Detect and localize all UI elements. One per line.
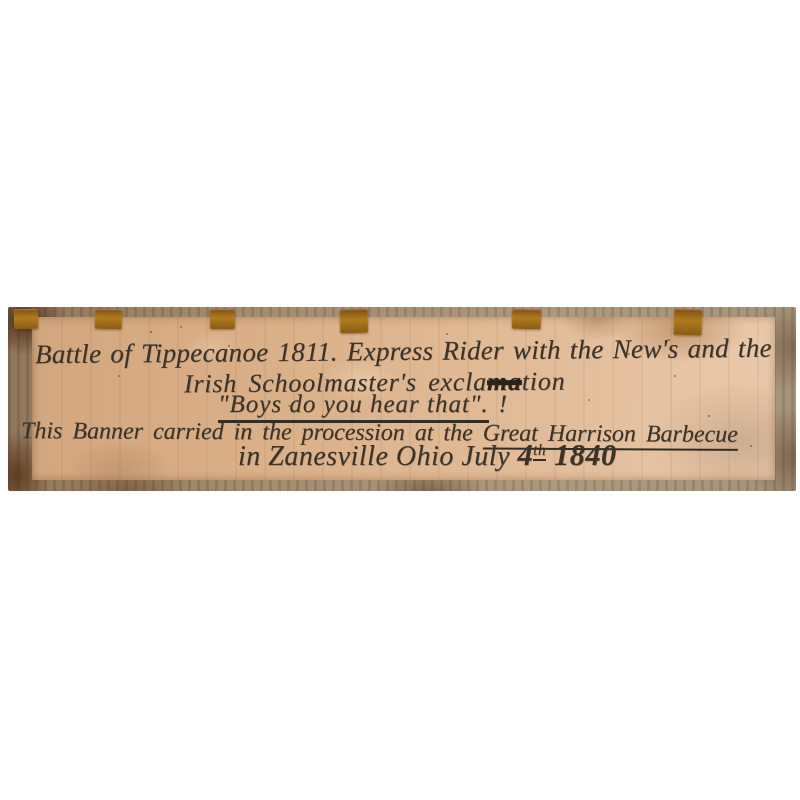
banner-frame: Battle of Tippecanoe 1811. Express Rider… [8,307,796,491]
handwriting-line-1: Battle of Tippecanoe 1811. Express Rider… [35,333,772,370]
tape-fragment [95,309,123,330]
banner-photograph: Battle of Tippecanoe 1811. Express Rider… [0,0,800,800]
line5-day-number: 4 [518,438,534,472]
tape-fragment [340,309,368,333]
line5-ordinal-suffix: th [533,442,546,461]
line3-underlined-quote: "Boys do you hear that". [218,391,489,423]
handwriting-line-5: in Zanesville Ohio July 4th 1840 [238,438,617,473]
tape-fragment [14,309,39,330]
line3-exclamation: ! [499,391,508,418]
line2-text-after: tion [522,367,566,396]
line5-year: 1840 [546,438,617,472]
tape-fragment [210,309,235,329]
line1-text: Battle of Tippecanoe 1811. Express Rider… [35,333,772,369]
tape-fragment [674,309,703,336]
handwriting-line-3: "Boys do you hear that".! [218,391,508,419]
tape-fragment [512,309,541,330]
line5-text-before: in Zanesville Ohio July [238,441,518,472]
